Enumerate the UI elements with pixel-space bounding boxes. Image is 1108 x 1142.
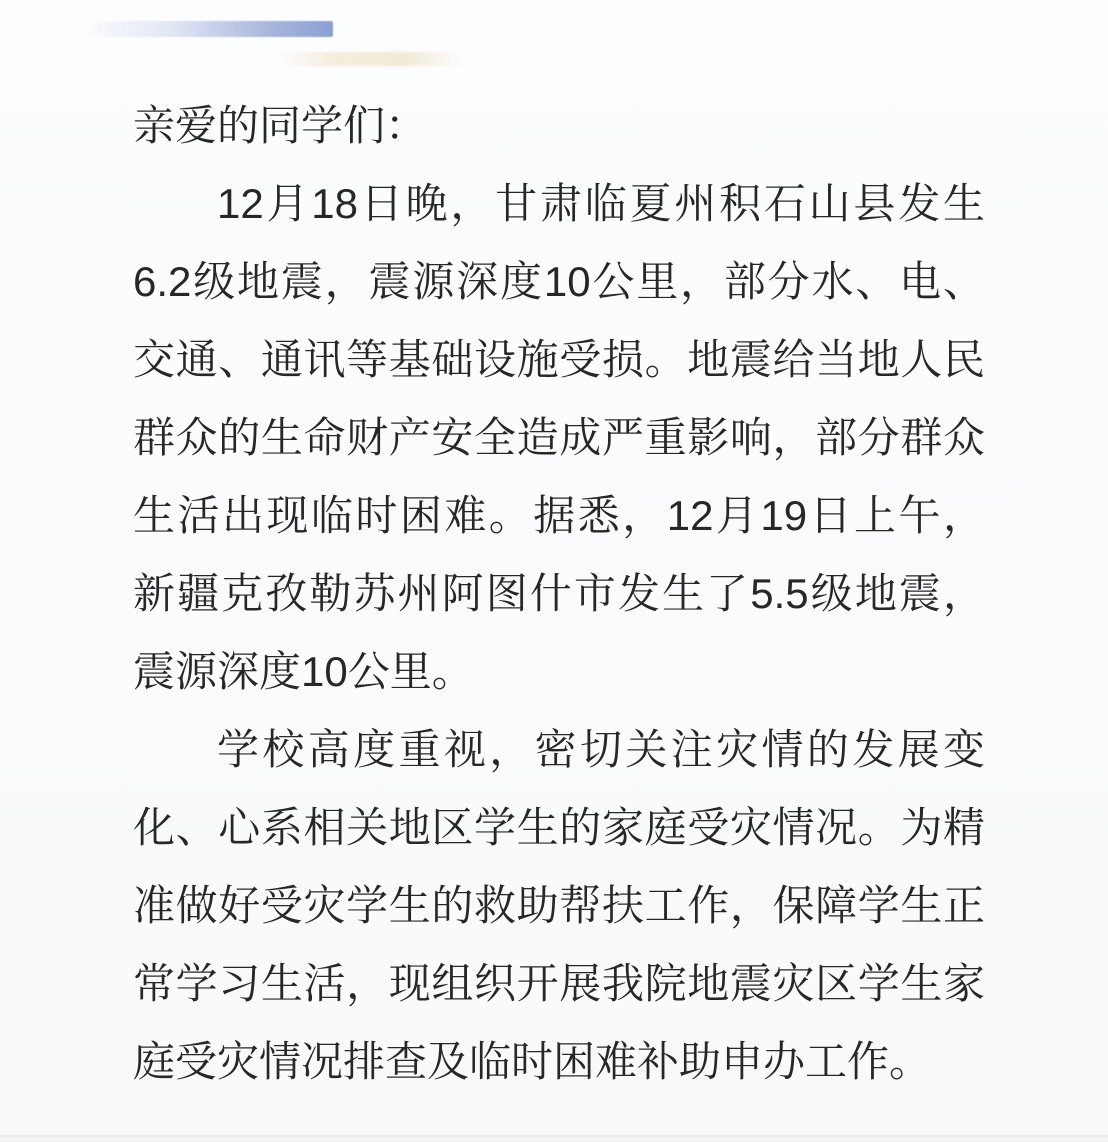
- letter-line: 庭受灾情况排查及临时困难补助申办工作。: [133, 1023, 985, 1101]
- letter-line: 化、心系相关地区学生的家庭受灾情况。为精: [133, 789, 985, 867]
- notice-photo: 亲爱的同学们：12月18日晚，甘肃临夏州积石山县发生6.2级地震，震源深度10公…: [0, 0, 1108, 1142]
- letter-line: 准做好受灾学生的救助帮扶工作，保障学生正: [133, 867, 985, 945]
- letter-line: 生活出现临时困难。据悉，12月19日上午，: [133, 477, 985, 555]
- letter-line: 交通、通讯等基础设施受损。地震给当地人民: [133, 321, 985, 399]
- letter-line: 群众的生命财产安全造成严重影响，部分群众: [133, 399, 985, 477]
- letter-line: 亲爱的同学们：: [133, 87, 985, 165]
- letter-line: 6.2级地震，震源深度10公里，部分水、电、: [133, 243, 985, 321]
- redacted-highlight-blue: [88, 21, 333, 37]
- letter-line: 震源深度10公里。: [133, 633, 985, 711]
- letter-line: 学校高度重视，密切关注灾情的发展变: [133, 711, 985, 789]
- letter-line: 新疆克孜勒苏州阿图什市发生了5.5级地震，: [133, 555, 985, 633]
- letter-line: 12月18日晚，甘肃临夏州积石山县发生: [133, 165, 985, 243]
- bottom-strip: [0, 1137, 1108, 1142]
- letter-line: 常学习生活，现组织开展我院地震灾区学生家: [133, 945, 985, 1023]
- redacted-highlight-beige: [278, 52, 462, 66]
- letter-body: 亲爱的同学们：12月18日晚，甘肃临夏州积石山县发生6.2级地震，震源深度10公…: [133, 87, 985, 1101]
